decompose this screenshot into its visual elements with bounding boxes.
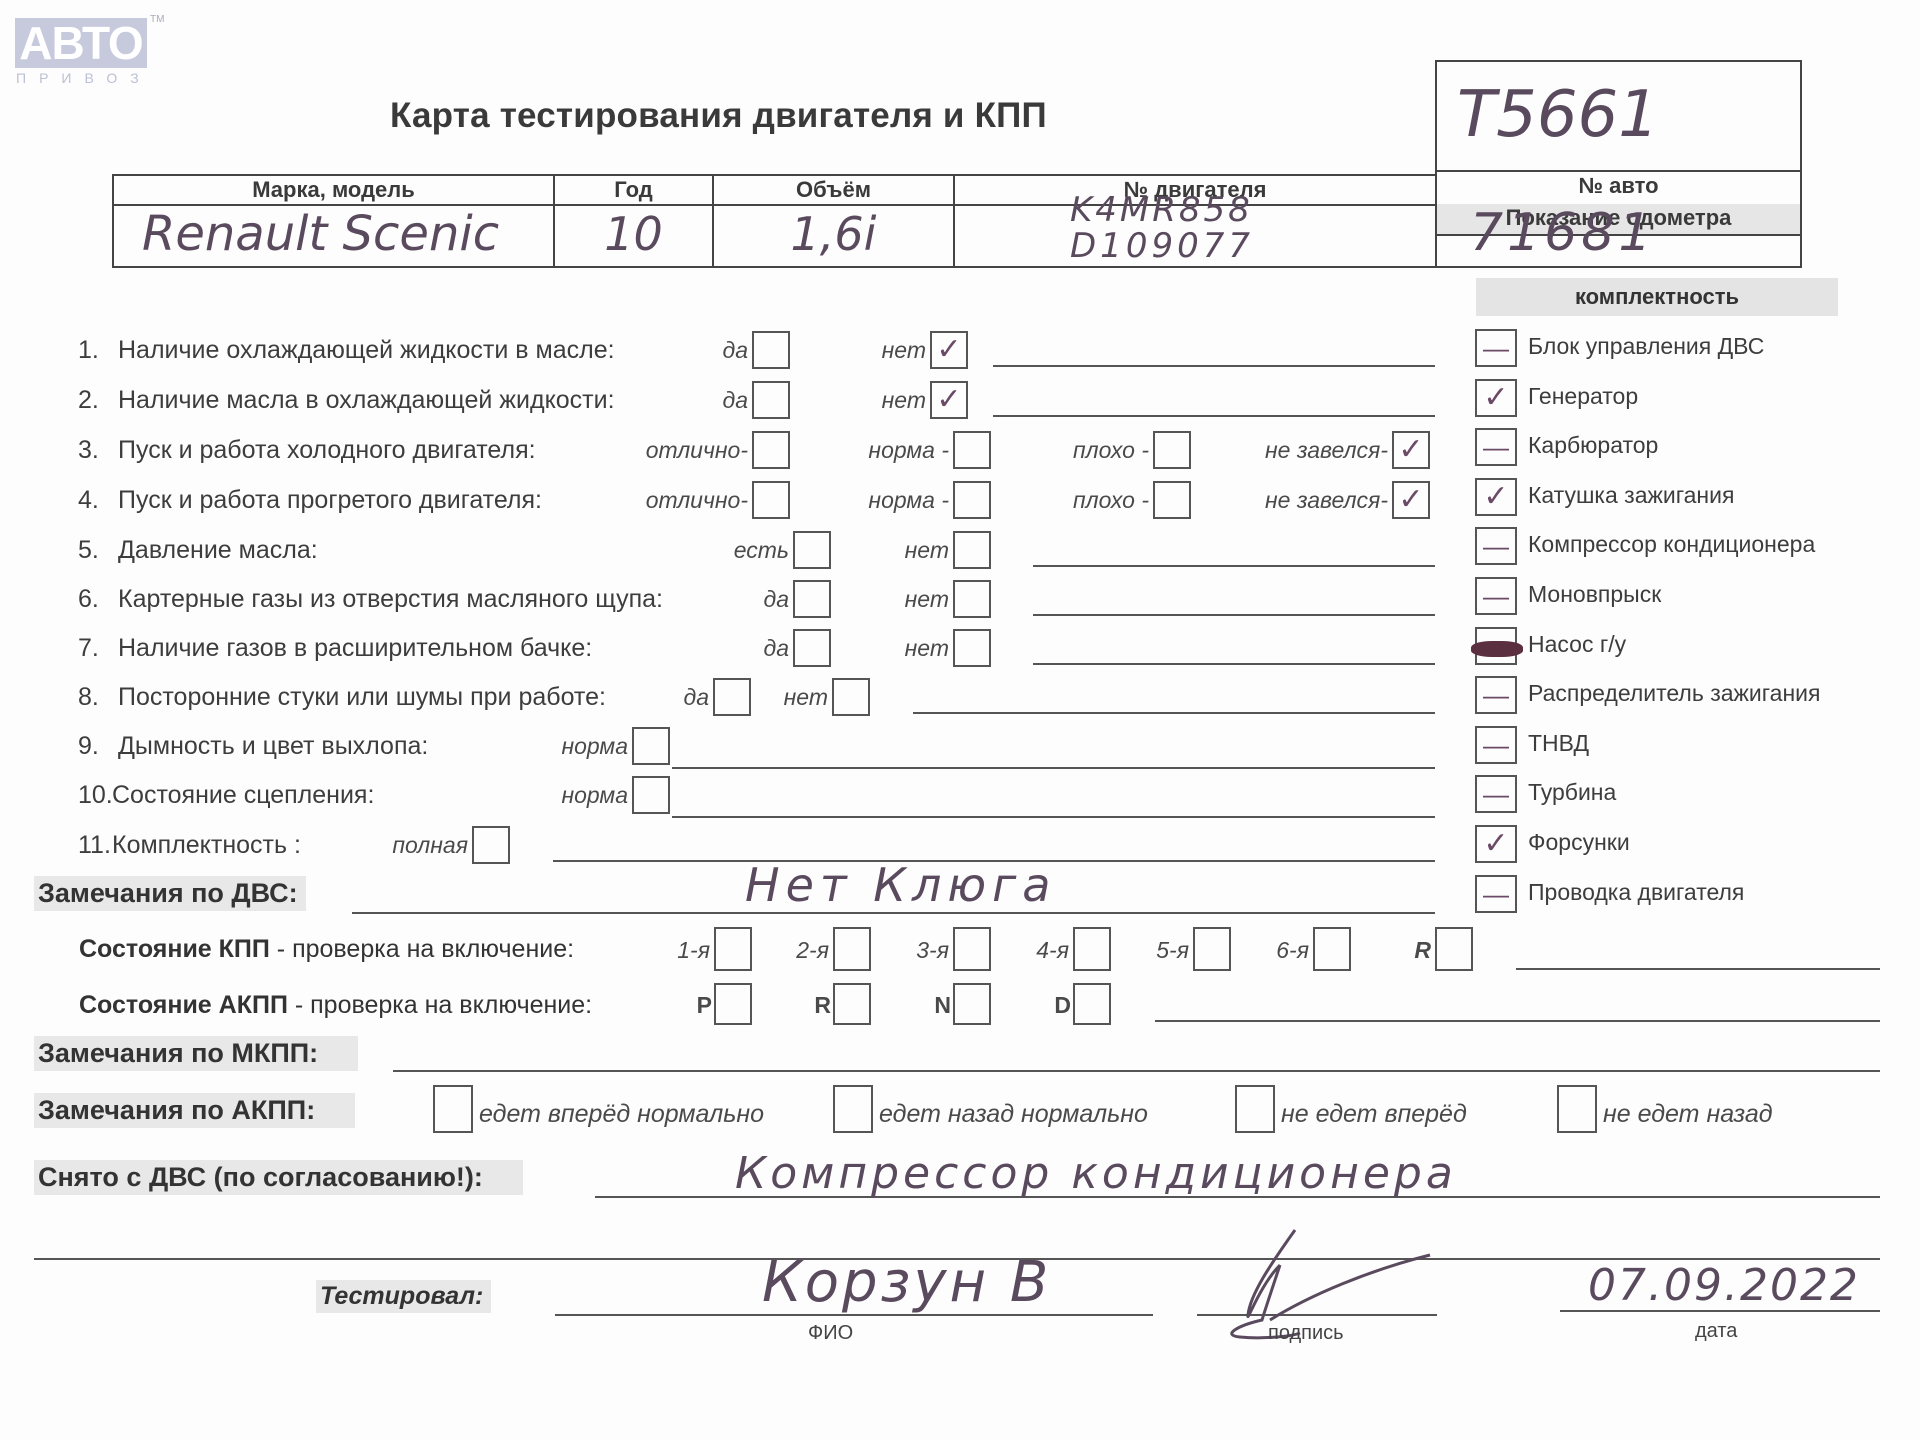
question-number: 11. — [78, 831, 111, 860]
auto-position-label: D — [1054, 992, 1071, 1019]
manual-gear-checkbox[interactable] — [833, 927, 871, 971]
completeness-item-label: Карбюратор — [1528, 432, 1658, 459]
dash-mark-icon: — — [1477, 579, 1515, 613]
option-label: есть — [734, 537, 789, 564]
auto-gearbox-line — [1155, 1020, 1880, 1022]
manual-gear-label: 5-я — [1156, 937, 1189, 964]
tester-name-value[interactable]: Корзун В — [762, 1250, 1051, 1315]
question-number: 5. — [78, 536, 99, 565]
completeness-item-label: ТНВД — [1528, 730, 1589, 757]
option-checkbox[interactable] — [793, 531, 831, 569]
logo-avto: АВТО — [15, 18, 147, 68]
question-text: Давление масла: — [118, 536, 318, 565]
option-label: да — [763, 635, 789, 662]
option-checkbox[interactable] — [953, 431, 991, 469]
caption-signature: подпись — [1268, 1322, 1344, 1345]
header-model: Марка, модель — [112, 174, 555, 206]
check-mark-icon: ✓ — [932, 333, 966, 367]
option-label: нет — [784, 684, 828, 711]
auto-remark-checkbox[interactable] — [1235, 1085, 1275, 1133]
option-checkbox[interactable] — [752, 331, 790, 369]
volume-value: 1,6i — [712, 204, 955, 268]
manual-gear-checkbox[interactable] — [1435, 927, 1473, 971]
caption-date: дата — [1695, 1320, 1737, 1343]
dash-mark-icon: — — [1477, 777, 1515, 811]
option-label: отлично- — [646, 437, 748, 464]
manual-gearbox-label-bold: Состояние КПП — [79, 935, 270, 963]
manual-gear-label: 4-я — [1036, 937, 1069, 964]
notes-line[interactable] — [672, 767, 1435, 769]
check-mark-icon: ✓ — [1477, 480, 1515, 514]
option-checkbox[interactable] — [632, 727, 670, 765]
question-number: 3. — [78, 436, 99, 465]
option-label: нет — [882, 387, 926, 414]
option-checkbox[interactable]: ✓ — [930, 381, 968, 419]
notes-line[interactable] — [1033, 663, 1435, 665]
auto-gearbox-label-rest: - проверка на включение: — [288, 991, 592, 1019]
option-label: норма — [561, 782, 628, 809]
option-checkbox[interactable] — [953, 481, 991, 519]
option-label: полная — [392, 832, 468, 859]
completeness-item-label: Проводка двигателя — [1528, 879, 1744, 906]
option-label: не завелся- — [1265, 487, 1388, 514]
manual-gear-label: 1-я — [677, 937, 710, 964]
option-label: да — [763, 586, 789, 613]
engine-remarks-label: Замечания по ДВС: — [34, 876, 306, 911]
option-checkbox[interactable] — [1153, 481, 1191, 519]
completeness-item-label: Генератор — [1528, 383, 1638, 410]
completeness-checkbox[interactable] — [1475, 627, 1517, 665]
check-mark-icon: ✓ — [1394, 483, 1428, 517]
completeness-item-label: Форсунки — [1528, 829, 1630, 856]
completeness-checkbox[interactable]: ✓ — [1475, 825, 1517, 863]
completeness-header: комплектность — [1476, 278, 1838, 316]
check-mark-icon: ✓ — [1477, 827, 1515, 861]
completeness-checkbox[interactable]: — — [1475, 726, 1517, 764]
option-checkbox[interactable] — [953, 580, 991, 618]
question-text: Дымность и цвет выхлопа: — [118, 732, 428, 761]
question-number: 1. — [78, 336, 99, 365]
option-checkbox[interactable]: ✓ — [1392, 481, 1430, 519]
engine-no-line1: K4MR858 — [1070, 192, 1253, 228]
manual-gear-label: 6-я — [1276, 937, 1309, 964]
option-label: нет — [905, 586, 949, 613]
scribble-icon — [1471, 641, 1523, 657]
year-value: 10 — [553, 204, 714, 268]
question-text: Пуск и работа холодного двигателя: — [118, 436, 536, 465]
manual-gearbox-line — [1516, 968, 1880, 970]
auto-position-checkbox[interactable] — [1073, 983, 1111, 1025]
option-label: нет — [905, 635, 949, 662]
option-checkbox[interactable] — [713, 678, 751, 716]
manual-gearbox-label: Состояние КПП - проверка на включение: — [79, 935, 574, 964]
auto-gearbox-label: Состояние АКПП - проверка на включение: — [79, 991, 592, 1020]
dash-mark-icon: — — [1477, 728, 1515, 762]
auto-remark-checkbox[interactable] — [1557, 1085, 1597, 1133]
tester-date-value[interactable]: 07.09.2022 — [1588, 1260, 1860, 1311]
auto-remark-label: едет назад нормально — [879, 1100, 1148, 1129]
manual-gear-checkbox[interactable] — [953, 927, 991, 971]
completeness-checkbox[interactable]: — — [1475, 577, 1517, 615]
manual-remarks-line[interactable] — [393, 1070, 1880, 1072]
completeness-checkbox[interactable]: — — [1475, 428, 1517, 466]
option-checkbox[interactable] — [752, 481, 790, 519]
question-text: Наличие охлаждающей жидкости в масле: — [118, 336, 615, 365]
completeness-checkbox[interactable]: — — [1475, 676, 1517, 714]
option-checkbox[interactable] — [953, 531, 991, 569]
page-title: Карта тестирования двигателя и КПП — [390, 96, 1047, 136]
completeness-checkbox[interactable]: — — [1475, 329, 1517, 367]
removed-label: Снято с ДВС (по согласованию!): — [34, 1160, 523, 1195]
notes-line[interactable] — [993, 365, 1435, 367]
engine-no-line2: D109077 — [1070, 228, 1254, 264]
option-checkbox[interactable] — [832, 678, 870, 716]
manual-gear-checkbox[interactable] — [1073, 927, 1111, 971]
auto-position-checkbox[interactable] — [953, 983, 991, 1025]
caption-name: ФИО — [808, 1322, 853, 1345]
tester-label: Тестировал: — [316, 1280, 491, 1313]
option-label: норма - — [868, 437, 949, 464]
option-checkbox[interactable]: ✓ — [930, 331, 968, 369]
question-text: Наличие масла в охлаждающей жидкости: — [118, 386, 615, 415]
auto-remarks-label: Замечания по АКПП: — [34, 1093, 355, 1128]
manual-gear-checkbox[interactable] — [1313, 927, 1351, 971]
completeness-checkbox[interactable]: — — [1475, 775, 1517, 813]
check-mark-icon: ✓ — [1477, 381, 1515, 415]
dash-mark-icon: — — [1477, 678, 1515, 712]
manual-gear-checkbox[interactable] — [1193, 927, 1231, 971]
completeness-item-label: Турбина — [1528, 779, 1616, 806]
notes-line[interactable] — [913, 712, 1435, 714]
question-number: 10. — [78, 781, 113, 810]
notes-line[interactable] — [1033, 565, 1435, 567]
check-mark-icon: ✓ — [932, 383, 966, 417]
completeness-checkbox[interactable]: — — [1475, 527, 1517, 565]
auto-remark-label: не едет вперёд — [1281, 1100, 1467, 1129]
question-number: 2. — [78, 386, 99, 415]
option-checkbox[interactable] — [632, 776, 670, 814]
option-label: норма - — [868, 487, 949, 514]
dash-mark-icon: — — [1477, 430, 1515, 464]
car-number-cell: T5661 — [1435, 60, 1802, 172]
notes-line[interactable] — [672, 816, 1435, 818]
question-number: 4. — [78, 486, 99, 515]
car-number-value: T5661 — [1457, 70, 1659, 160]
auto-position-checkbox[interactable] — [714, 983, 752, 1025]
option-checkbox[interactable] — [793, 580, 831, 618]
engine-remarks-value[interactable]: Нет Клюга — [745, 858, 1056, 912]
option-label: да — [722, 387, 748, 414]
option-checkbox[interactable] — [752, 431, 790, 469]
option-checkbox[interactable] — [1153, 431, 1191, 469]
manual-gear-label: 3-я — [916, 937, 949, 964]
logo-subtitle: ПРИВОЗ — [16, 70, 152, 86]
dash-mark-icon: — — [1477, 331, 1515, 365]
engine-remarks-line — [352, 912, 1435, 914]
odometer-value: 71681 — [1470, 200, 1655, 266]
question-text: Состояние сцепления: — [112, 781, 374, 810]
option-label: нет — [882, 337, 926, 364]
option-label: плохо - — [1073, 487, 1149, 514]
completeness-checkbox[interactable]: ✓ — [1475, 379, 1517, 417]
option-checkbox[interactable] — [793, 629, 831, 667]
logo-trademark: TM — [150, 14, 164, 25]
question-number: 8. — [78, 683, 99, 712]
engine-no-cell: K4MR858 D109077 — [953, 204, 1437, 268]
dash-mark-icon: — — [1477, 877, 1515, 911]
completeness-checkbox[interactable]: ✓ — [1475, 478, 1517, 516]
question-text: Наличие газов в расширительном бачке: — [118, 634, 592, 663]
question-number: 7. — [78, 634, 99, 663]
question-text: Комплектность : — [112, 831, 301, 860]
auto-remark-checkbox[interactable] — [833, 1085, 873, 1133]
auto-gearbox-label-bold: Состояние АКПП — [79, 991, 288, 1019]
manual-remarks-label: Замечания по МКПП: — [34, 1036, 358, 1071]
header-volume: Объём — [712, 174, 955, 206]
completeness-item-label: Насос г/у — [1528, 631, 1626, 658]
completeness-item-label: Катушка зажигания — [1528, 482, 1734, 509]
completeness-item-label: Блок управления ДВС — [1528, 333, 1764, 360]
model-value: Renault Scenic — [112, 204, 555, 268]
manual-gearbox-label-rest: - проверка на включение: — [270, 935, 574, 963]
option-label: да — [722, 337, 748, 364]
auto-remark-label: не едет назад — [1603, 1100, 1773, 1129]
question-text: Пуск и работа прогретого двигателя: — [118, 486, 542, 515]
completeness-item-label: Компрессор кондиционера — [1528, 531, 1815, 558]
auto-remark-checkbox[interactable] — [433, 1085, 473, 1133]
question-text: Картерные газы из отверстия масляного щу… — [118, 585, 663, 614]
option-checkbox[interactable]: ✓ — [1392, 431, 1430, 469]
option-label: нет — [905, 537, 949, 564]
manual-gear-label: 2-я — [796, 937, 829, 964]
option-checkbox[interactable] — [472, 826, 510, 864]
question-text: Посторонние стуки или шумы при работе: — [118, 683, 606, 712]
header-year: Год — [553, 174, 714, 206]
completeness-checkbox[interactable]: — — [1475, 875, 1517, 913]
option-label: норма — [561, 733, 628, 760]
auto-remark-label: едет вперёд нормально — [479, 1100, 764, 1129]
auto-position-label: N — [934, 992, 951, 1019]
manual-gear-checkbox[interactable] — [714, 927, 752, 971]
notes-line[interactable] — [993, 415, 1435, 417]
option-label: отлично- — [646, 487, 748, 514]
removed-value[interactable]: Компрессор кондиционера — [735, 1148, 1457, 1199]
option-label: да — [683, 684, 709, 711]
completeness-item-label: Распределитель зажигания — [1528, 680, 1820, 707]
auto-position-label: R — [814, 992, 831, 1019]
question-number: 6. — [78, 585, 99, 614]
auto-position-label: P — [697, 992, 712, 1019]
completeness-item-label: Моновпрыск — [1528, 581, 1661, 608]
auto-position-checkbox[interactable] — [833, 983, 871, 1025]
option-checkbox[interactable] — [752, 381, 790, 419]
manual-gear-label: R — [1414, 937, 1431, 964]
option-label: плохо - — [1073, 437, 1149, 464]
check-mark-icon: ✓ — [1394, 433, 1428, 467]
notes-line[interactable] — [1033, 614, 1435, 616]
option-label: не завелся- — [1265, 437, 1388, 464]
question-number: 9. — [78, 732, 99, 761]
dash-mark-icon: — — [1477, 529, 1515, 563]
option-checkbox[interactable] — [953, 629, 991, 667]
